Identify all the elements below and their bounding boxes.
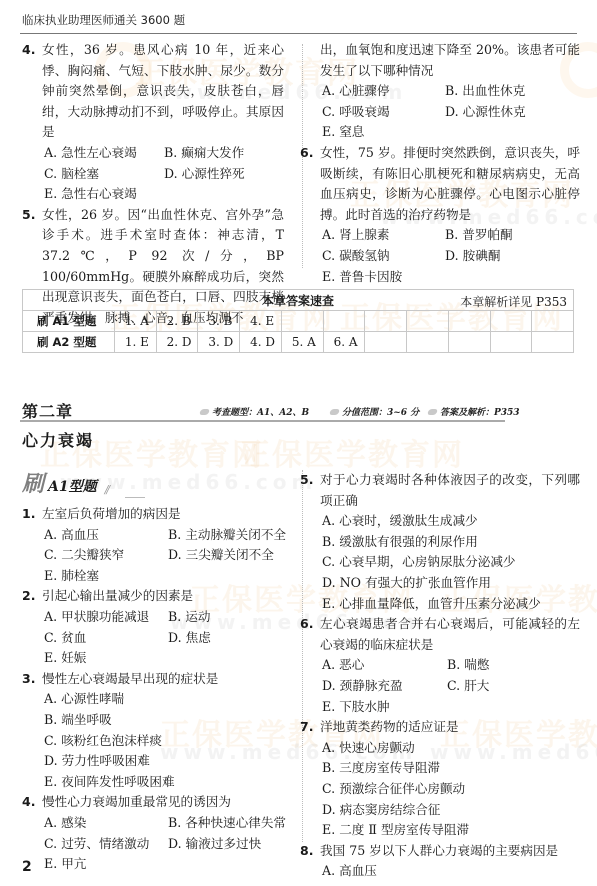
answer-cell [365, 311, 407, 332]
option-e[interactable]: E. 夜间阵发性呼吸困难 [44, 772, 292, 793]
row-label: 刷 A2 型题 [23, 332, 115, 353]
question-4: 4. 慢性心力衰竭加重最常见的诱因为 A. 感染B. 各种快速心律失常 C. 过… [22, 792, 292, 874]
option-d[interactable]: D. 心源性休克 [445, 102, 568, 123]
answer-cell: 3. B [198, 311, 240, 332]
option-d[interactable]: D. 劳力性呼吸困难 [44, 751, 292, 772]
question-number: 5. [22, 205, 35, 226]
question-stem: 左室后负荷增加的病因是 [42, 504, 292, 525]
option-list: A. 高血压 [320, 861, 580, 882]
answer-cell: 5. A [281, 332, 323, 353]
option-c[interactable]: C. 二尖瓣狭窄 [44, 545, 168, 566]
option-d[interactable]: D. 病态窦房结综合征 [322, 800, 580, 821]
option-e[interactable]: E. 二度 Ⅱ 型房室传导阻滞 [322, 820, 580, 841]
answer-cell [490, 332, 532, 353]
option-e[interactable]: E. 心排血量降低，血管升压素分泌减少 [322, 594, 580, 615]
option-c[interactable]: C. 预激综合征伴心房颤动 [322, 779, 580, 800]
option-e[interactable]: E. 下肢水肿 [322, 697, 447, 718]
question-3: 3. 慢性左心衰竭最早出现的症状是 A. 心源性哮喘 B. 端坐呼吸 C. 咳粉… [22, 669, 292, 793]
section-label: 刷 A1型题 // [22, 474, 108, 496]
option-c[interactable]: C. 肝大 [447, 676, 572, 697]
chapter-title: 心力衰竭 [22, 428, 94, 451]
section-underline [125, 497, 145, 498]
option-d[interactable]: D. 三尖瓣关闭不全 [168, 545, 292, 566]
question-number: 6. [300, 143, 313, 164]
option-list: A. 感染B. 各种快速心律失常 C. 过劳、情绪激动D. 输液过多过快 E. … [42, 813, 292, 875]
question-8: 8. 我国 75 岁以下人群心力衰竭的主要病因是 A. 高血压 [300, 841, 580, 882]
question-4: 4. 女性，36 岁。患风心病 10 年，近来心悸、胸闷痛、气短、下肢水肿、尿少… [22, 40, 284, 205]
option-a[interactable]: A. 急性左心衰竭 [44, 143, 164, 164]
section-type: A1型题 [48, 478, 97, 496]
option-a[interactable]: A. 心源性哮喘 [44, 689, 292, 710]
chapter2-right-column: 5. 对于心力衰竭时各种体液因子的改变，下列哪项正确 A. 心衰时，缓激肽生成减… [300, 470, 580, 882]
option-d[interactable]: D. 输液过多过快 [168, 834, 292, 855]
option-a[interactable]: A. 肾上腺素 [322, 225, 445, 246]
prev-chapter-left-column: 4. 女性，36 岁。患风心病 10 年，近来心悸、胸闷痛、气短、下肢水肿、尿少… [22, 40, 284, 328]
option-list: A. 甲状腺功能减退B. 运动 C. 贫血D. 焦虑 E. 妊娠 [42, 607, 292, 669]
option-b[interactable]: B. 喘憋 [447, 655, 572, 676]
question-number: 5. [300, 470, 313, 491]
option-c[interactable]: C. 碳酸氢钠 [322, 246, 445, 267]
question-5-continued: 出，血氧饱和度迅速下降至 20%。该患者可能发生了以下哪种情况 A. 心脏骤停B… [312, 40, 580, 143]
option-c[interactable]: C. 呼吸衰竭 [322, 102, 445, 123]
option-d[interactable]: D. 心源性猝死 [164, 164, 284, 185]
table-title: 本章答案速查 [262, 294, 334, 308]
answer-cell [281, 311, 323, 332]
option-a[interactable]: A. 高血压 [322, 861, 580, 882]
table-title-cell: 本章答案速查 本章解析详见 P353 [23, 290, 574, 311]
section-prefix: 刷 [22, 474, 44, 496]
answer-cell: 2. B [156, 311, 198, 332]
option-b[interactable]: B. 端坐呼吸 [44, 710, 292, 731]
running-head: 临床执业助理医师通关 3600 题 [22, 12, 185, 28]
answer-cell: 2. D [156, 332, 198, 353]
question-number: 2. [22, 586, 35, 607]
chapter-meta-score-range: 分值范围：3~6 分 [330, 405, 419, 418]
answer-cell [532, 311, 574, 332]
question-stem: 女性，36 岁。患风心病 10 年，近来心悸、胸闷痛、气短、下肢水肿、尿少。数分… [42, 40, 284, 143]
header-divider [20, 33, 577, 34]
option-c[interactable]: C. 咳粉红色泡沫样痰 [44, 731, 292, 752]
table-header-row: 本章答案速查 本章解析详见 P353 [23, 290, 574, 311]
option-b[interactable]: B. 缓激肽有很强的利尿作用 [322, 532, 580, 553]
question-7: 7. 洋地黄类药物的适应证是 A. 快速心房颤动 B. 三度房室传导阻滞 C. … [300, 717, 580, 841]
option-e[interactable]: E. 妊娠 [44, 648, 169, 669]
answer-cell [365, 332, 407, 353]
question-stem: 对于心力衰竭时各种体液因子的改变，下列哪项正确 [320, 470, 580, 511]
option-e[interactable]: E. 普鲁卡因胺 [322, 267, 445, 288]
option-e[interactable]: E. 急性右心衰竭 [44, 184, 169, 205]
question-number: 4. [22, 792, 35, 813]
page-number: 2 [22, 859, 32, 875]
option-d[interactable]: D. 颈静脉充盈 [322, 676, 447, 697]
slash-decoration-icon: // [105, 484, 108, 496]
option-b[interactable]: B. 三度房室传导阻滞 [322, 758, 580, 779]
question-stem: 慢性左心衰竭最早出现的症状是 [42, 669, 292, 690]
question-number: 1. [22, 504, 35, 525]
option-a[interactable]: A. 快速心房颤动 [322, 738, 580, 759]
question-2: 2. 引起心输出量减少的因素是 A. 甲状腺功能减退B. 运动 C. 贫血D. … [22, 586, 292, 668]
answer-quick-reference-table: 本章答案速查 本章解析详见 P353 刷 A1 型题 1. A 2. B 3. … [22, 289, 574, 353]
question-number: 3. [22, 669, 35, 690]
answer-cell [490, 311, 532, 332]
analysis-page-link[interactable]: 本章解析详见 P353 [460, 293, 567, 310]
row-label: 刷 A1 型题 [23, 311, 115, 332]
answer-cell [448, 311, 490, 332]
option-list: A. 急性左心衰竭B. 癫痫大发作 C. 脑栓塞D. 心源性猝死 E. 急性右心… [42, 143, 284, 205]
option-d[interactable]: D. 胺碘酮 [445, 246, 568, 267]
chapter-meta-question-types: 考查题型：A1、A2、B [200, 405, 309, 418]
answer-cell: 1. A [114, 311, 156, 332]
table-row: 刷 A2 型题 1. E 2. D 3. D 4. D 5. A 6. A [23, 332, 574, 353]
option-b[interactable]: B. 出血性休克 [445, 81, 568, 102]
question-stem: 引起心输出量减少的因素是 [42, 586, 292, 607]
option-list: A. 高血压B. 主动脉瓣关闭不全 C. 二尖瓣狭窄D. 三尖瓣关闭不全 E. … [42, 525, 292, 587]
option-list: A. 心源性哮喘 B. 端坐呼吸 C. 咳粉红色泡沫样痰 D. 劳力性呼吸困难 … [42, 689, 292, 792]
question-stem: 慢性心力衰竭加重最常见的诱因为 [42, 792, 292, 813]
question-6: 6. 女性，75 岁。排便时突然跌倒，意识丧失，呼吸断续，有陈旧心肌梗死和糖尿病… [300, 143, 580, 287]
option-e[interactable]: E. 甲亢 [44, 854, 169, 875]
option-c[interactable]: C. 脑栓塞 [44, 164, 164, 185]
answer-cell [407, 332, 449, 353]
chapter2-left-column: 1. 左室后负荷增加的病因是 A. 高血压B. 主动脉瓣关闭不全 C. 二尖瓣狭… [22, 504, 292, 875]
option-b[interactable]: B. 各种快速心律失常 [168, 813, 292, 834]
table-row: 刷 A1 型题 1. A 2. B 3. B 4. E [23, 311, 574, 332]
option-b[interactable]: B. 癫痫大发作 [164, 143, 284, 164]
option-b[interactable]: B. 运动 [168, 607, 292, 628]
chapter-number: 第二章 [22, 399, 73, 422]
option-c[interactable]: C. 心衰早期，心房钠尿肽分泌减少 [322, 552, 580, 573]
option-a[interactable]: A. 高血压 [44, 525, 168, 546]
answer-cell [323, 311, 365, 332]
option-list: A. 心衰时，缓激肽生成减少 B. 缓激肽有很强的利尿作用 C. 心衰早期，心房… [320, 511, 580, 614]
question-stem: 洋地黄类药物的适应证是 [320, 717, 580, 738]
question-5: 5. 对于心力衰竭时各种体液因子的改变，下列哪项正确 A. 心衰时，缓激肽生成减… [300, 470, 580, 614]
answer-cell: 4. E [240, 311, 282, 332]
question-number: 6. [300, 614, 313, 635]
answer-cell [532, 332, 574, 353]
option-list: A. 快速心房颤动 B. 三度房室传导阻滞 C. 预激综合征伴心房颤动 D. 病… [320, 738, 580, 841]
option-d[interactable]: D. 焦虑 [168, 628, 292, 649]
option-a[interactable]: A. 恶心 [322, 655, 447, 676]
option-c[interactable]: C. 贫血 [44, 628, 168, 649]
question-number: 7. [300, 717, 313, 738]
answer-cell: 3. D [198, 332, 240, 353]
option-e[interactable]: E. 窒息 [322, 122, 445, 143]
question-stem: 出，血氧饱和度迅速下降至 20%。该患者可能发生了以下哪种情况 [320, 40, 580, 81]
option-list: A. 心脏骤停B. 出血性休克 C. 呼吸衰竭D. 心源性休克 E. 窒息 [320, 81, 580, 143]
question-number: 8. [300, 841, 313, 862]
question-6: 6. 左心衰竭患者合并右心衰竭后，可能减轻的左心衰竭的临床症状是 A. 恶心B.… [300, 614, 580, 717]
prev-chapter-right-column: 出，血氧饱和度迅速下降至 20%。该患者可能发生了以下哪种情况 A. 心脏骤停B… [312, 40, 580, 287]
answer-cell: 4. D [240, 332, 282, 353]
option-a[interactable]: A. 甲状腺功能减退 [44, 607, 168, 628]
option-e[interactable]: E. 肺栓塞 [44, 566, 169, 587]
question-stem: 女性，75 岁。排便时突然跌倒，意识丧失，呼吸断续，有陈旧心肌梗死和糖尿病病史，… [320, 143, 580, 225]
chapter-meta-answer-page: 答案及解析：P353 [428, 405, 520, 418]
option-c[interactable]: C. 过劳、情绪激动 [44, 834, 168, 855]
watermark: 正保医学教育网 [240, 430, 464, 474]
answer-cell [448, 332, 490, 353]
option-list: A. 肾上腺素B. 普罗帕酮 C. 碳酸氢钠D. 胺碘酮 E. 普鲁卡因胺 [320, 225, 580, 287]
question-number: 4. [22, 40, 35, 61]
option-a[interactable]: A. 心脏骤停 [322, 81, 445, 102]
option-a[interactable]: A. 感染 [44, 813, 168, 834]
pill-icon [427, 409, 438, 415]
answer-cell [407, 311, 449, 332]
option-b[interactable]: B. 普罗帕酮 [445, 225, 568, 246]
question-1: 1. 左室后负荷增加的病因是 A. 高血压B. 主动脉瓣关闭不全 C. 二尖瓣狭… [22, 504, 292, 586]
question-stem: 我国 75 岁以下人群心力衰竭的主要病因是 [320, 841, 580, 862]
option-d[interactable]: D. NO 有强大的扩张血管作用 [322, 573, 580, 594]
pill-icon [329, 409, 340, 415]
option-list: A. 恶心B. 喘憋 D. 颈静脉充盈C. 肝大 E. 下肢水肿 [320, 655, 580, 717]
pill-icon [199, 409, 210, 415]
option-a[interactable]: A. 心衰时，缓激肽生成减少 [322, 511, 580, 532]
answer-cell: 6. A [323, 332, 365, 353]
question-stem: 左心衰竭患者合并右心衰竭后，可能减轻的左心衰竭的临床症状是 [320, 614, 580, 655]
option-b[interactable]: B. 主动脉瓣关闭不全 [168, 525, 292, 546]
answer-cell: 1. E [114, 332, 156, 353]
chapter-divider [20, 420, 505, 422]
